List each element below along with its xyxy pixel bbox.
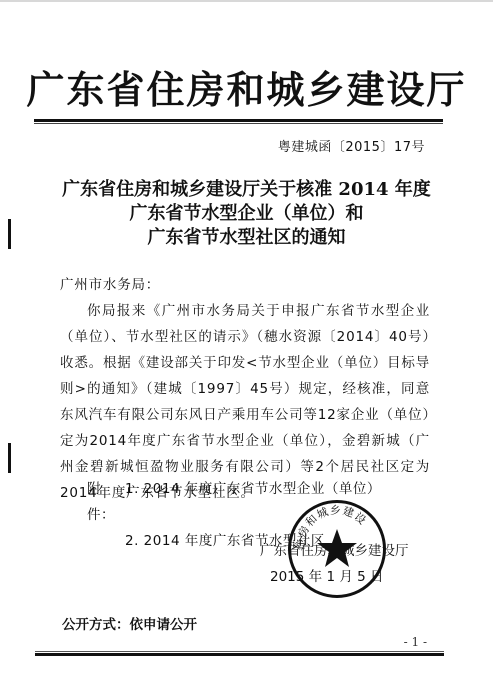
body-paragraph: 你局报来《广州市水务局关于申报广东省节水型企业（单位）、节水型社区的请示》（穗水… — [60, 298, 430, 506]
star-icon: 住房和城乡建设 — [291, 503, 383, 595]
title-line-1: 广东省住房和城乡建设厅关于核准 2014 年度 — [0, 178, 493, 202]
document-body: 广州市水务局： 你局报来《广州市水务局关于申报广东省节水型企业（单位）、节水型社… — [60, 272, 430, 506]
official-seal: 住房和城乡建设 — [288, 500, 386, 598]
scan-top-edge — [0, 0, 493, 2]
document-title: 广东省住房和城乡建设厅关于核准 2014 年度 广东省节水型企业（单位）和 广东… — [0, 178, 493, 250]
title-line-2: 广东省节水型企业（单位）和 — [0, 202, 493, 226]
title-line-3: 广东省节水型社区的通知 — [0, 226, 493, 250]
document-number: 粤建城函〔2015〕17号 — [278, 136, 425, 155]
page-number: - 1 - — [404, 635, 427, 649]
agency-header: 广东省住房和城乡建设厅 — [0, 67, 493, 113]
binding-mark-top — [8, 219, 11, 249]
header-divider — [34, 119, 443, 124]
footer-divider — [35, 651, 444, 656]
disclosure-method: 公开方式：依申请公开 — [62, 613, 197, 633]
binding-mark-bottom — [8, 443, 11, 473]
salutation: 广州市水务局： — [60, 272, 430, 298]
attachments-label: 附件： — [87, 476, 125, 528]
